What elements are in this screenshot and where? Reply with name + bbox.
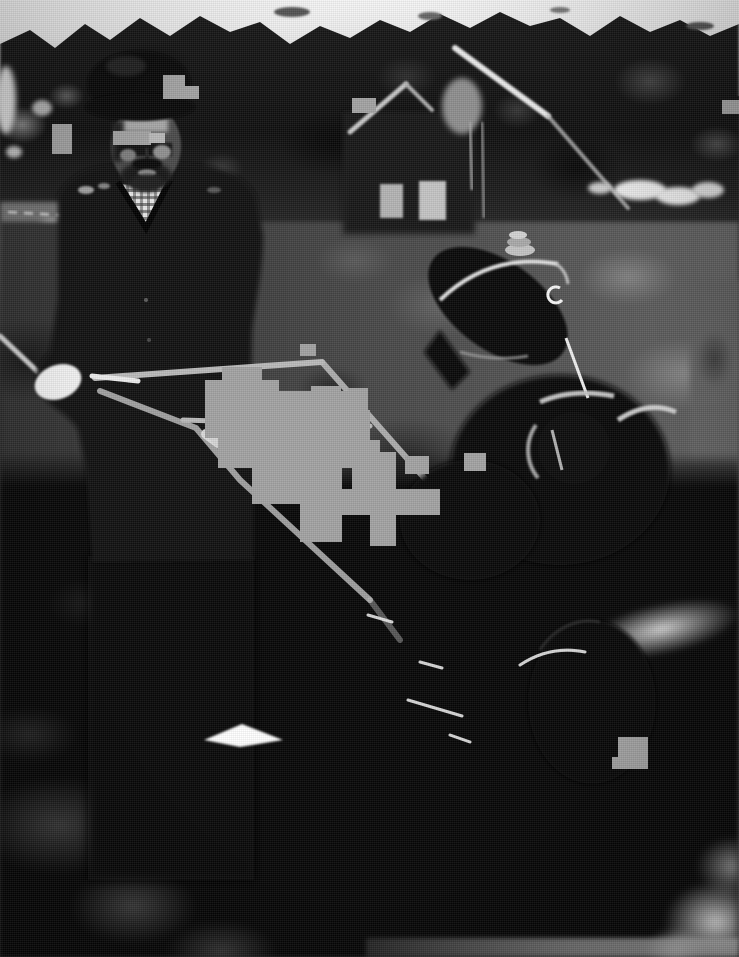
halftone-grain [0, 0, 739, 957]
photo-frame [0, 0, 739, 957]
